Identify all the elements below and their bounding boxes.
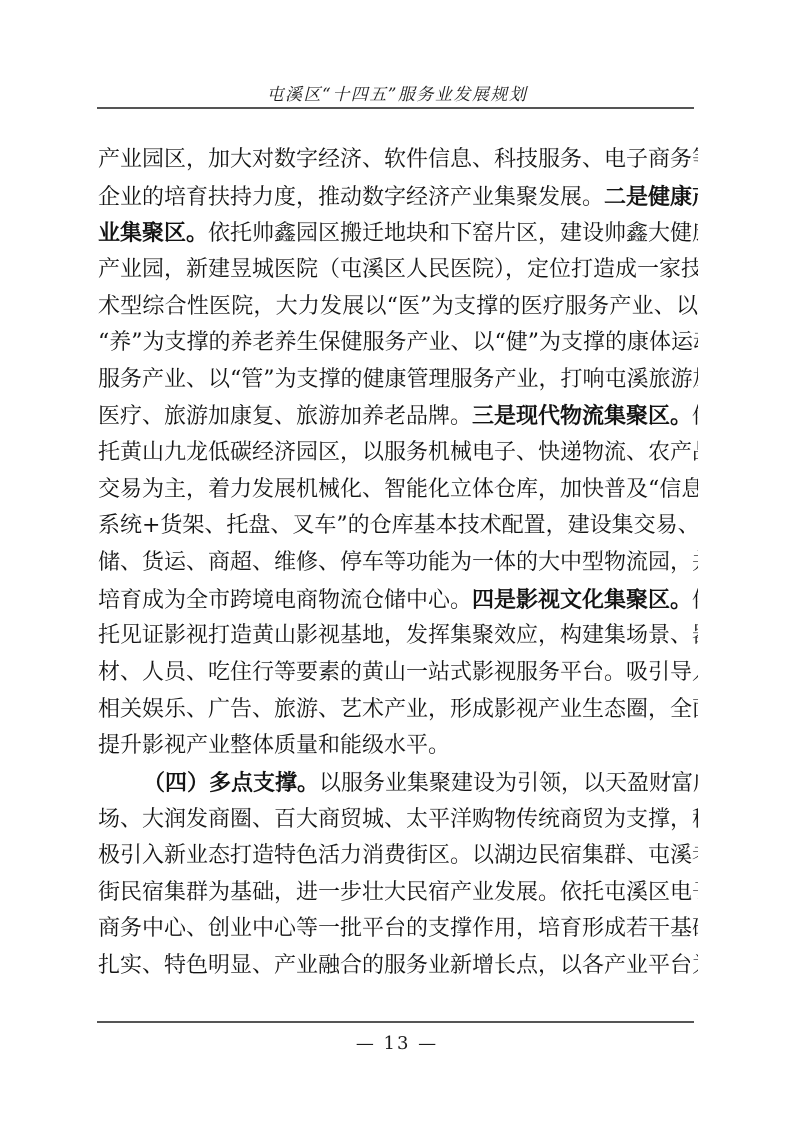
text-run: 二是健康产 <box>604 184 698 210</box>
paragraph-indent <box>98 789 143 790</box>
text-run: 交易为主，着力发展机械化、智能化立体仓库，加快普及“信息 <box>98 477 698 502</box>
text-line: 产业园区，加大对数字经济、软件信息、科技服务、电子商务等 <box>98 142 698 179</box>
text-run: 依托帅鑫园区搬迁地块和下窑片区，建设帅鑫大健康 <box>208 221 698 246</box>
text-line: 术型综合性医院，大力发展以“医”为支撑的医疗服务产业、以 <box>98 289 698 326</box>
text-line: 企业的培育扶持力度，推动数字经济产业集聚发展。二是健康产 <box>98 179 698 216</box>
text-line: 托见证影视打造黄山影视基地，发挥集聚效应，构建集场景、器 <box>98 618 698 655</box>
text-line: 产业园，新建昱城医院（屯溪区人民医院），定位打造成一家技 <box>98 252 698 289</box>
text-line: 场、大润发商圈、百大商贸城、太平洋购物传统商贸为支撑，积 <box>98 802 698 839</box>
text-run: 术型综合性医院，大力发展以“医”为支撑的医疗服务产业、以 <box>98 294 698 319</box>
text-run: 托见证影视打造黄山影视基地，发挥集聚效应，构建集场景、器 <box>98 623 698 648</box>
text-run: 服务产业、以“管”为支撑的健康管理服务产业，打响屯溪旅游加 <box>98 367 698 392</box>
text-run: 业集聚区。 <box>98 220 208 246</box>
page-header-title: 屯溪区“十四五”服务业发展规划 <box>97 84 697 106</box>
header-rule <box>97 107 694 109</box>
text-run: 产业园，新建昱城医院（屯溪区人民医院），定位打造成一家技 <box>98 257 698 282</box>
text-line: 医疗、旅游加康复、旅游加养老品牌。三是现代物流集聚区。依 <box>98 398 698 435</box>
text-run: 以服务业集聚建设为引领，以天盈财富广 <box>319 771 698 796</box>
text-run: 商务中心、创业中心等一批平台的支撑作用，培育形成若干基础 <box>98 916 698 941</box>
text-run: 扎实、特色明显、产业融合的服务业新增长点，以各产业平台为 <box>98 953 698 978</box>
text-run: 医疗、旅游加康复、旅游加养老品牌。 <box>98 404 472 429</box>
text-run: （四）多点支撑。 <box>143 770 319 796</box>
text-run: 提升影视产业整体质量和能级水平。 <box>98 733 450 758</box>
text-line: （四）多点支撑。以服务业集聚建设为引领，以天盈财富广 <box>98 765 698 802</box>
text-line: 相关娱乐、广告、旅游、艺术产业，形成影视产业生态圈，全面 <box>98 692 698 729</box>
text-line: 系统+货架、托盘、叉车”的仓库基本技术配置，建设集交易、仓 <box>98 508 698 545</box>
text-run: 产业园区，加大对数字经济、软件信息、科技服务、电子商务等 <box>98 147 698 172</box>
text-run: 街民宿集群为基础，进一步壮大民宿产业发展。依托屯溪区电子 <box>98 880 698 905</box>
text-run: 托黄山九龙低碳经济园区，以服务机械电子、快递物流、农产品 <box>98 440 698 465</box>
text-run: 三是现代物流集聚区。 <box>472 403 692 429</box>
text-line: 服务产业、以“管”为支撑的健康管理服务产业，打响屯溪旅游加 <box>98 362 698 399</box>
text-run: 储、货运、商超、维修、停车等功能为一体的大中型物流园，并 <box>98 550 698 575</box>
text-run: 极引入新业态打造特色活力消费街区。以湖边民宿集群、屯溪老 <box>98 843 698 868</box>
text-line: 街民宿集群为基础，进一步壮大民宿产业发展。依托屯溪区电子 <box>98 875 698 912</box>
text-run: 场、大润发商圈、百大商贸城、太平洋购物传统商贸为支撑，积 <box>98 807 698 832</box>
page-number: — 13 — <box>97 1033 697 1054</box>
text-run: 相关娱乐、广告、旅游、艺术产业，形成影视产业生态圈，全面 <box>98 697 698 722</box>
text-run: “养”为支撑的养老养生保健服务产业、以“健”为支撑的康体运动 <box>98 330 698 355</box>
text-line: 业集聚区。依托帅鑫园区搬迁地块和下窑片区，建设帅鑫大健康 <box>98 215 698 252</box>
text-run: 企业的培育扶持力度，推动数字经济产业集聚发展。 <box>98 185 604 210</box>
text-line: 极引入新业态打造特色活力消费街区。以湖边民宿集群、屯溪老 <box>98 838 698 875</box>
text-run: 系统+货架、托盘、叉车”的仓库基本技术配置，建设集交易、仓 <box>98 513 698 538</box>
text-line: 材、人员、吃住行等要素的黄山一站式影视服务平台。吸引导入 <box>98 655 698 692</box>
text-line: 储、货运、商超、维修、停车等功能为一体的大中型物流园，并 <box>98 545 698 582</box>
document-page: 屯溪区“十四五”服务业发展规划 产业园区，加大对数字经济、软件信息、科技服务、电… <box>0 0 793 1122</box>
text-run: 四是影视文化集聚区。 <box>472 587 692 613</box>
text-line: 扎实、特色明显、产业融合的服务业新增长点，以各产业平台为 <box>98 948 698 985</box>
text-line: 商务中心、创业中心等一批平台的支撑作用，培育形成若干基础 <box>98 911 698 948</box>
document-body-text: 产业园区，加大对数字经济、软件信息、科技服务、电子商务等企业的培育扶持力度，推动… <box>98 142 698 985</box>
text-line: 交易为主，着力发展机械化、智能化立体仓库，加快普及“信息 <box>98 472 698 509</box>
text-run: 依 <box>692 404 698 429</box>
text-line: 提升影视产业整体质量和能级水平。 <box>98 728 698 765</box>
text-line: “养”为支撑的养老养生保健服务产业、以“健”为支撑的康体运动 <box>98 325 698 362</box>
text-run: 依 <box>692 588 698 613</box>
text-run: 材、人员、吃住行等要素的黄山一站式影视服务平台。吸引导入 <box>98 660 698 685</box>
text-line: 培育成为全市跨境电商物流仓储中心。四是影视文化集聚区。依 <box>98 582 698 619</box>
text-line: 托黄山九龙低碳经济园区，以服务机械电子、快递物流、农产品 <box>98 435 698 472</box>
footer-rule <box>97 1021 694 1023</box>
text-run: 培育成为全市跨境电商物流仓储中心。 <box>98 588 472 613</box>
